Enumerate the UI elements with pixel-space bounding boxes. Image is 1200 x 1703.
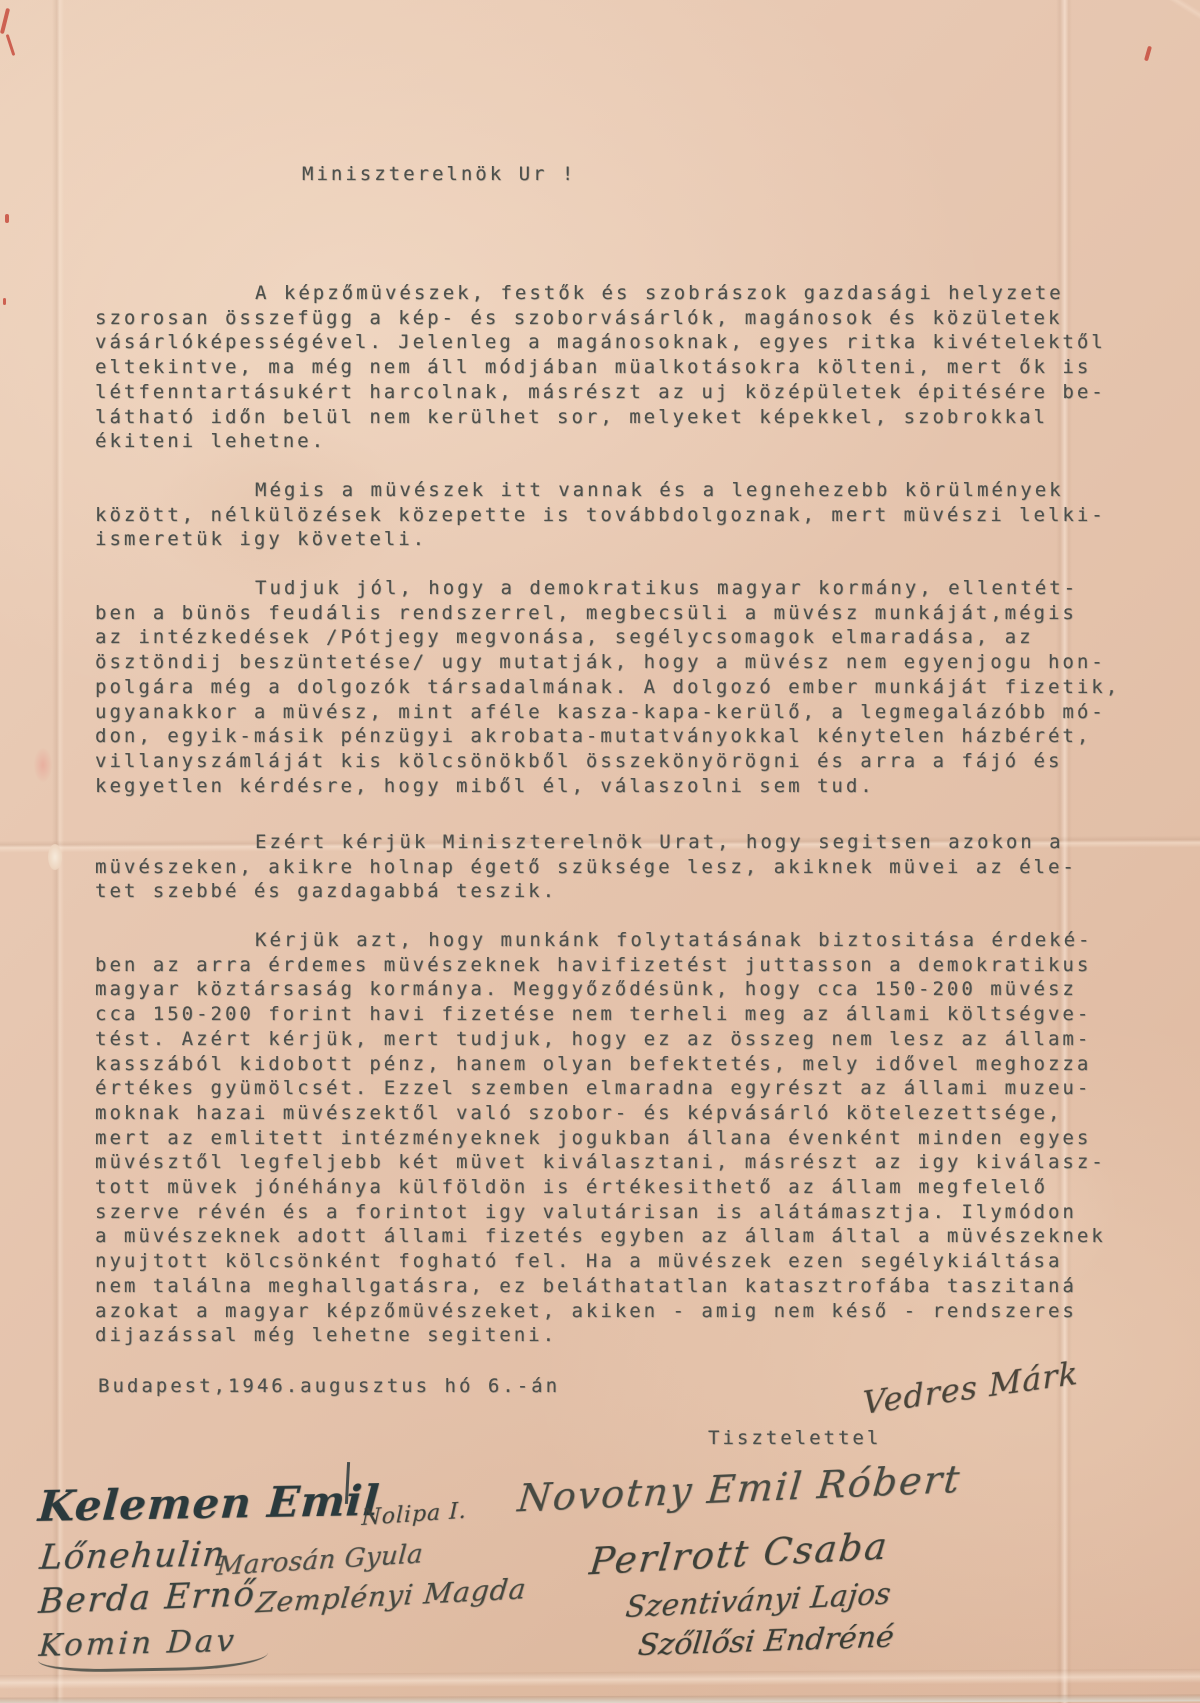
typed-line: nem találna meghallgatásra, ez beláthata… [95, 1274, 1106, 1299]
paper-tear-hole [48, 844, 62, 870]
typed-line: müvésztől legfeljebb két müvet kiválaszt… [95, 1150, 1106, 1175]
typed-line: magyar köztársaság kormánya. Meggyőződés… [95, 977, 1106, 1002]
typed-line: kasszából kidobott pénz, hanem olyan bef… [95, 1052, 1106, 1077]
red-pencil-mark [1144, 46, 1152, 62]
letter-paragraph-5: Kérjük azt, hogy munkánk folytatásának b… [95, 928, 1106, 1348]
typed-line: don, egyik-másik pénzügyi akrobata-mutat… [95, 724, 1120, 749]
typed-line: a müvészeknek adott állami fizetés egybe… [95, 1224, 1106, 1249]
typed-line: mert az emlitett intézményeknek jogukban… [95, 1126, 1106, 1151]
typed-line: ismeretük igy követeli. [95, 527, 1106, 552]
typed-line: eltekintve, ma még nem áll módjában müal… [95, 355, 1106, 380]
typed-line: vásárlóképességével. Jelenleg a magánoso… [95, 330, 1106, 355]
signature-novotny-emil-robert: Novotny Emil Róbert [516, 1457, 964, 1521]
typed-line: cca 150-200 forint havi fizetése nem ter… [95, 1002, 1106, 1027]
date-line: Budapest,1946.augusztus hó 6.-án [98, 1374, 560, 1399]
typed-line: dijazással még lehetne segiteni. [95, 1323, 1106, 1348]
signature-szollosi-endrene: Szőllősi Endréné [636, 1619, 895, 1663]
letter-paragraph-4: Ezért kérjük Miniszterelnök Urat, hogy s… [95, 830, 1077, 904]
signature-berda-erno: Berda Ernő [37, 1574, 257, 1622]
typed-line: polgára még a dolgozók társadalmának. A … [95, 675, 1120, 700]
paper-tear-spot [34, 748, 52, 782]
letter-paragraph-3: Tudjuk jól, hogy a demokratikus magyar k… [95, 576, 1120, 798]
signature-perlrott-csaba: Perlrott Csaba [587, 1524, 890, 1583]
signature-kelemen-emil: Kelemen Emil [37, 1476, 382, 1531]
typed-line: ösztöndij beszüntetése/ ugy mutatják, ho… [95, 650, 1120, 675]
typed-line: ugyanakkor a müvész, mint aféle kasza-ka… [95, 700, 1120, 725]
signature-szentivanyi-lajos: Szentiványi Lajos [624, 1576, 893, 1624]
typed-line: tott müvek jónéhánya külföldön is értéke… [95, 1175, 1106, 1200]
horizontal-fold-crease-bottom [0, 1669, 1200, 1689]
typed-line: A képzőmüvészek, festők és szobrászok ga… [95, 281, 1106, 306]
typed-line: Tudjuk jól, hogy a demokratikus magyar k… [95, 576, 1120, 601]
typed-line: Ezért kérjük Miniszterelnök Urat, hogy s… [95, 830, 1077, 855]
typed-line: ben a bünös feudális rendszerrel, megbec… [95, 601, 1120, 626]
typed-line: ékiteni lehetne. [95, 429, 1106, 454]
typed-line: Mégis a müvészek itt vannak és a legnehe… [95, 478, 1106, 503]
red-pencil-mark [3, 298, 6, 305]
typed-line: kegyetlen kérdésre, hogy miből él, válas… [95, 774, 1120, 799]
typed-line: müvészeken, akikre holnap égető szüksége… [95, 855, 1077, 880]
red-pencil-mark [0, 8, 10, 34]
signature-underline-flourish [38, 1628, 269, 1673]
typed-line: szorosan összefügg a kép- és szoborvásár… [95, 306, 1106, 331]
letter-document: Miniszterelnök Ur ! A képzőmüvészek, fes… [0, 0, 1200, 1703]
typed-line: szerve révén és a forintot igy valutáris… [95, 1200, 1106, 1225]
typed-line: tést. Azért kérjük, mert tudjuk, hogy ez… [95, 1027, 1106, 1052]
typed-line: értékes gyümölcsét. Ezzel szemben elmara… [95, 1076, 1106, 1101]
typed-line: között, nélkülözések közepette is tovább… [95, 503, 1106, 528]
letter-paragraph-1: A képzőmüvészek, festők és szobrászok ga… [95, 281, 1106, 454]
typed-line: Kérjük azt, hogy munkánk folytatásának b… [95, 928, 1106, 953]
signature-illegible-1: Lőnehulin [38, 1535, 228, 1578]
typed-line: tet szebbé és gazdagabbá teszik. [95, 879, 1077, 904]
typed-line: villanyszámláját kis kölcsönökből összek… [95, 749, 1120, 774]
closing-salutation: Tisztelettel [708, 1426, 881, 1451]
typed-line: azokat a magyar képzőmüvészeket, akiken … [95, 1299, 1106, 1324]
typed-line: nyujtott kölcsönként fogható fel. Ha a m… [95, 1249, 1106, 1274]
typed-line: ben az arra érdemes müvészeknek havifize… [95, 953, 1106, 978]
corner-wrinkle [1055, 0, 1200, 46]
typed-line: az intézkedések /Pótjegy megvonása, segé… [95, 625, 1120, 650]
signature-vedres-mark: Vedres Márk [862, 1354, 1079, 1423]
signature-zemplenyi-magda: Zemplényi Magda [255, 1572, 529, 1619]
typed-line: létfenntartásukért harcolnak, másrészt a… [95, 380, 1106, 405]
letter-salutation: Miniszterelnök Ur ! [302, 162, 576, 187]
letter-paragraph-2: Mégis a müvészek itt vannak és a legnehe… [95, 478, 1106, 552]
typed-line: moknak hazai müvészektől való szobor- és… [95, 1101, 1106, 1126]
scan-bottom-edge [0, 1694, 1200, 1703]
red-pencil-mark [5, 214, 9, 223]
red-pencil-mark [6, 34, 16, 56]
typed-line: látható időn belül nem kerülhet sor, mel… [95, 405, 1106, 430]
